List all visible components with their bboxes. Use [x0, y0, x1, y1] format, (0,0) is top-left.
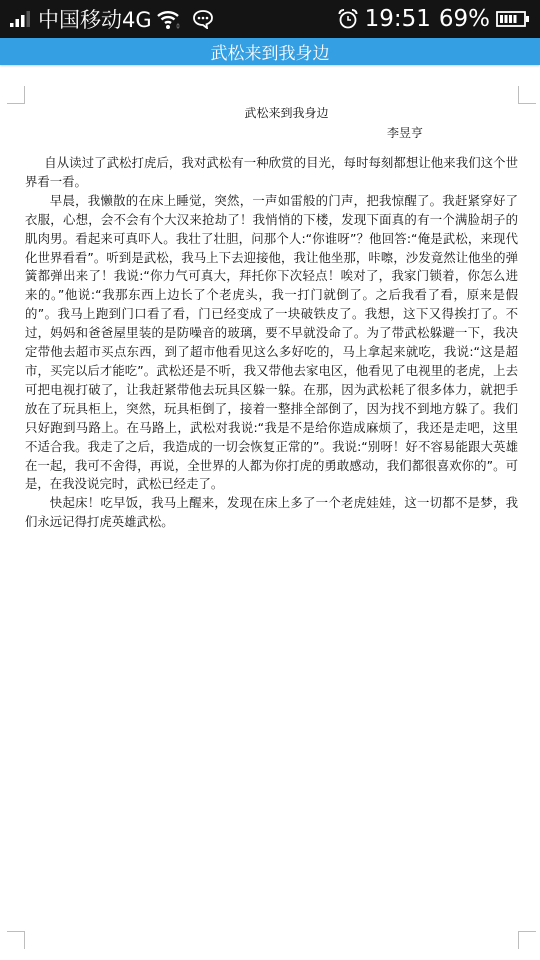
page-corner-mark-top-left [7, 86, 25, 104]
paragraph: 自从读过了武松打虎后，我对武松有一种欣赏的目光，每时每刻都想让他来我们这个世界看… [25, 154, 518, 192]
page-corner-mark-top-right [518, 86, 536, 104]
signal-bars-icon [10, 10, 32, 28]
document-title-bar-text: 武松来到我身边 [211, 39, 330, 64]
page-corner-mark-bottom-right [518, 931, 536, 949]
document-author: 李昱亨 [387, 124, 540, 142]
clock-time: 19:51 [365, 6, 431, 32]
wifi-icon [156, 8, 182, 30]
status-bar-right: 19:51 69% [337, 0, 530, 38]
paragraph: 早晨，我懒散的在床上睡觉，突然，一声如雷般的门声，把我惊醒了。我赶紧穿好了衣服，… [25, 192, 518, 495]
document-body: 自从读过了武松打虎后，我对武松有一种欣赏的目光，每时每刻都想让他来我们这个世界看… [25, 154, 518, 532]
document-page[interactable]: 武松来到我身边 李昱亨 自从读过了武松打虎后，我对武松有一种欣赏的目光，每时每刻… [25, 104, 518, 532]
status-bar: 中国移动4G [0, 0, 540, 38]
battery-icon [496, 10, 530, 28]
carrier-name: 中国移动4G [38, 4, 152, 34]
alarm-clock-icon [337, 8, 359, 30]
status-bar-left: 中国移动4G [10, 0, 214, 38]
document-title-bar: 武松来到我身边 [0, 38, 540, 65]
page-corner-mark-bottom-left [7, 931, 25, 949]
paragraph: 快起床！吃早饭，我马上醒来，发现在床上多了一个老虎娃娃，这一切都不是梦，我们永远… [25, 494, 518, 532]
chat-bubble-icon [192, 9, 214, 29]
document-heading: 武松来到我身边 [55, 104, 518, 122]
battery-percent: 69% [439, 6, 490, 32]
